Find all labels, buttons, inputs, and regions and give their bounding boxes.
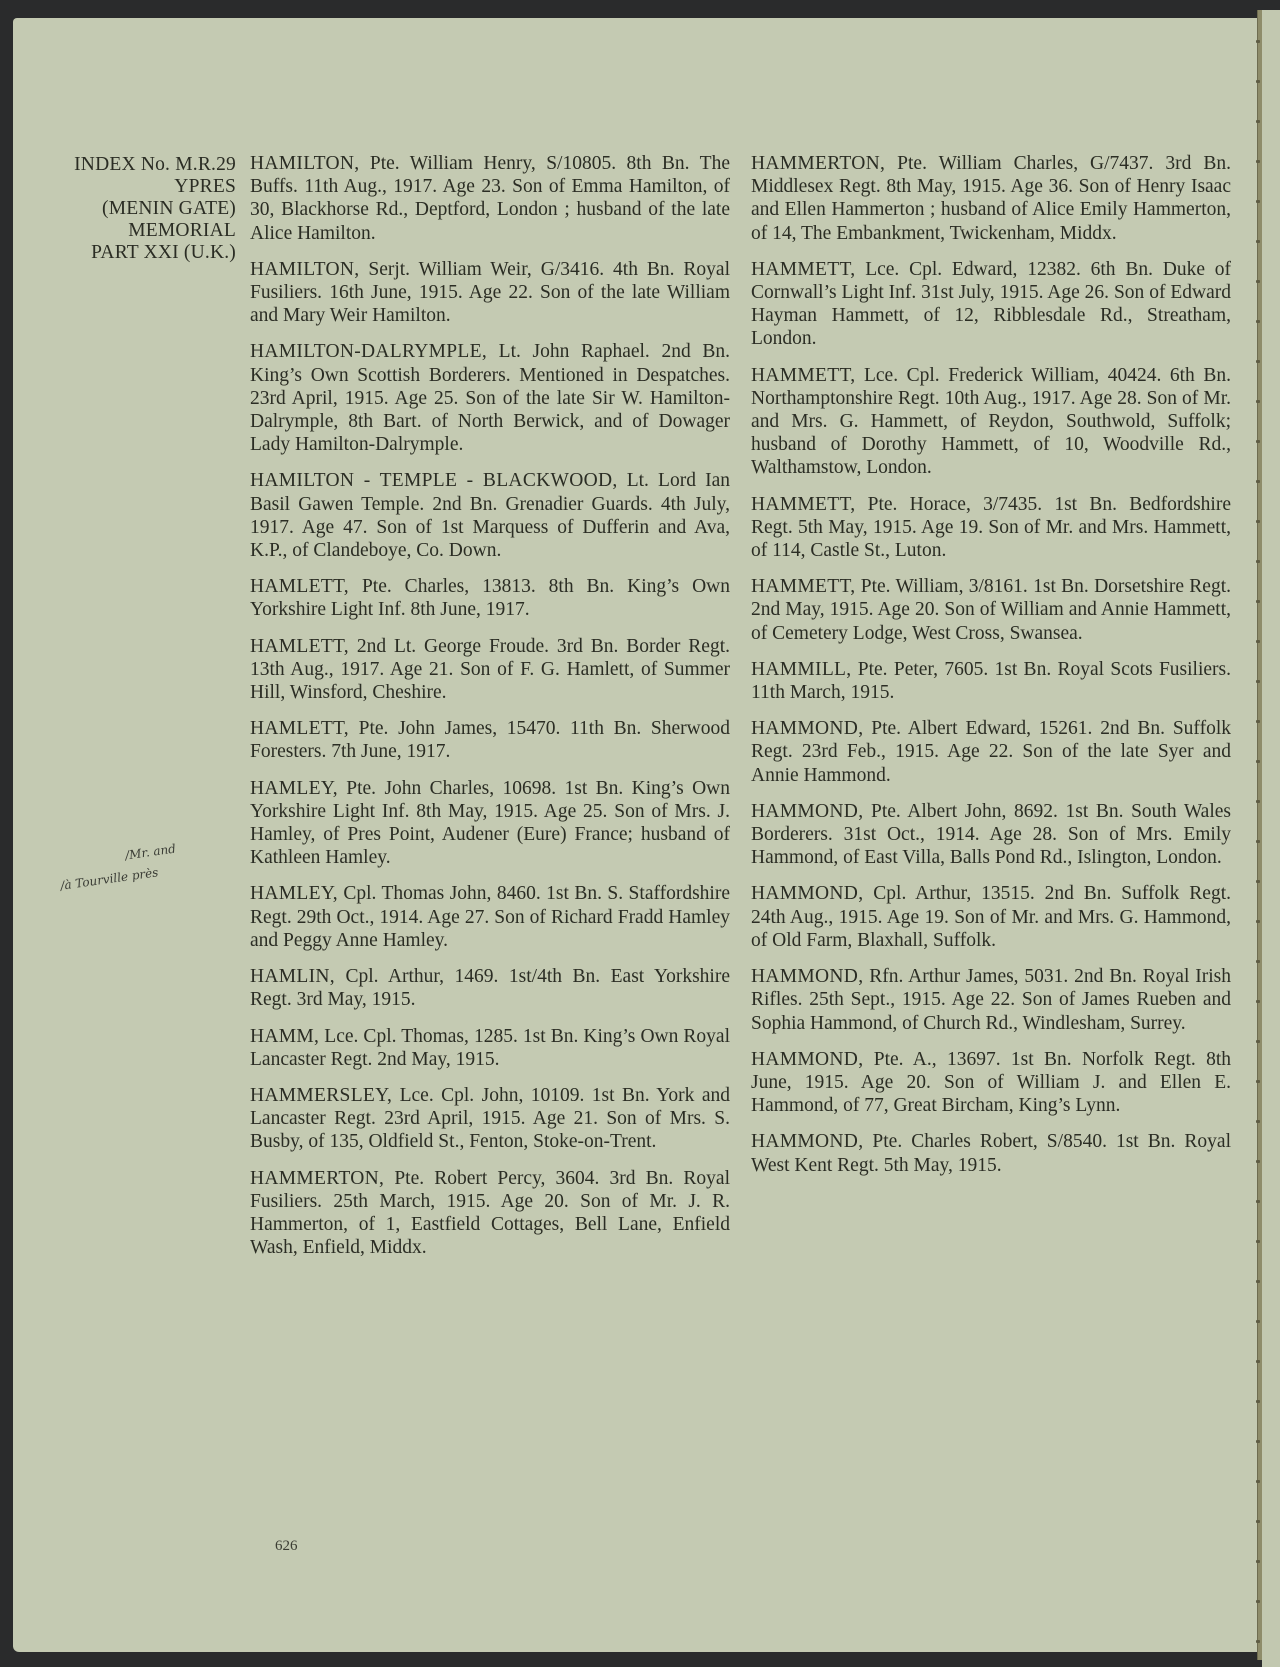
stitch-mark	[1256, 1120, 1260, 1123]
entry-surname: HAMMOND,	[751, 883, 863, 904]
casualty-entry: HAMLEY, Pte. John Charles, 10698. 1st Bn…	[250, 777, 730, 870]
stitch-mark	[1256, 80, 1260, 83]
stitch-mark	[1256, 200, 1260, 203]
entry-surname: HAMMETT,	[751, 365, 855, 386]
entry-surname: HAMM,	[250, 1026, 319, 1047]
stitch-mark	[1256, 760, 1260, 763]
casualty-entry: HAMMERSLEY, Lce. Cpl. John, 10109. 1st B…	[250, 1084, 730, 1154]
stitch-mark	[1256, 560, 1260, 563]
stitch-mark	[1256, 680, 1260, 683]
entry-surname: HAMILTON,	[250, 153, 359, 174]
stitch-mark	[1256, 960, 1260, 963]
entry-surname: HAMMERSLEY,	[250, 1085, 392, 1106]
entry-surname: HAMILTON - TEMPLE - BLACKWOOD,	[250, 470, 618, 491]
casualty-entry: HAMMOND, Pte. Charles Robert, S/8540. 1s…	[751, 1130, 1231, 1176]
entry-surname: HAMLETT,	[250, 718, 349, 739]
stitch-mark	[1256, 120, 1260, 123]
entry-surname: HAMLEY,	[250, 883, 338, 904]
casualty-entry: HAMLETT, Pte. Charles, 13813. 8th Bn. Ki…	[250, 575, 730, 621]
stitch-mark	[1256, 1440, 1260, 1443]
casualty-entry: HAMMETT, Lce. Cpl. Frederick William, 40…	[751, 364, 1231, 480]
stitch-mark	[1256, 520, 1260, 523]
entry-surname: HAMMERTON,	[751, 153, 885, 174]
stitch-mark	[1256, 160, 1260, 163]
stitch-mark	[1256, 1480, 1260, 1483]
stitch-mark	[1256, 1080, 1260, 1083]
casualty-entry: HAMMETT, Lce. Cpl. Edward, 12382. 6th Bn…	[751, 258, 1231, 351]
entry-surname: HAMILTON,	[250, 259, 359, 280]
casualty-entry: HAMMILL, Pte. Peter, 7605. 1st Bn. Royal…	[751, 658, 1231, 704]
entry-surname: HAMILTON-DALRYMPLE,	[250, 341, 487, 362]
stitch-mark	[1256, 400, 1260, 403]
stitch-mark	[1256, 1280, 1260, 1283]
entry-text: Lce. Cpl. Thomas, 1285. 1st Bn. King’s O…	[250, 1026, 730, 1070]
stitch-mark	[1256, 1160, 1260, 1163]
memorial-name: (MENIN GATE)	[30, 198, 236, 220]
entry-surname: HAMLIN,	[250, 966, 335, 987]
left-column: HAMILTON, Pte. William Henry, S/10805. 8…	[250, 152, 730, 1272]
casualty-entry: HAMMERTON, Pte. William Charles, G/7437.…	[751, 152, 1231, 245]
casualty-entry: HAMMOND, Cpl. Arthur, 13515. 2nd Bn. Suf…	[751, 882, 1231, 952]
entry-surname: HAMMILL,	[751, 659, 851, 680]
binding-edge	[1257, 10, 1262, 1660]
stitch-mark	[1256, 840, 1260, 843]
entry-surname: HAMMERTON,	[250, 1168, 384, 1189]
stitch-mark	[1256, 800, 1260, 803]
entry-surname: HAMMOND,	[751, 966, 863, 987]
casualty-entry: HAMILTON, Pte. William Henry, S/10805. 8…	[250, 152, 730, 245]
stitch-mark	[1256, 1200, 1260, 1203]
stitch-mark	[1256, 1600, 1260, 1603]
casualty-entry: HAMLEY, Cpl. Thomas John, 8460. 1st Bn. …	[250, 882, 730, 952]
stitch-mark	[1256, 1560, 1260, 1563]
casualty-entry: HAMM, Lce. Cpl. Thomas, 1285. 1st Bn. Ki…	[250, 1025, 730, 1071]
stitch-mark	[1256, 920, 1260, 923]
stitch-mark	[1256, 1640, 1260, 1643]
stitch-mark	[1256, 1320, 1260, 1323]
stitch-mark	[1256, 40, 1260, 43]
right-column: HAMMERTON, Pte. William Charles, G/7437.…	[751, 152, 1231, 1190]
casualty-entry: HAMMOND, Pte. Albert John, 8692. 1st Bn.…	[751, 800, 1231, 870]
entry-surname: HAMMOND,	[751, 1049, 863, 1070]
entry-surname: HAMLETT,	[250, 636, 349, 657]
stitch-mark	[1256, 240, 1260, 243]
casualty-entry: HAMMERTON, Pte. Robert Percy, 3604. 3rd …	[250, 1167, 730, 1260]
casualty-entry: HAMILTON - TEMPLE - BLACKWOOD, Lt. Lord …	[250, 469, 730, 562]
stitch-mark	[1256, 320, 1260, 323]
casualty-entry: HAMILTON, Serjt. William Weir, G/3416. 4…	[250, 258, 730, 328]
index-heading: INDEX No. M.R.29 YPRES (MENIN GATE) MEMO…	[30, 154, 236, 264]
stitch-mark	[1256, 720, 1260, 723]
entry-surname: HAMLETT,	[250, 576, 349, 597]
stitch-mark	[1256, 1360, 1260, 1363]
entry-surname: HAMMOND,	[751, 1131, 863, 1152]
stitch-mark	[1256, 880, 1260, 883]
casualty-entry: HAMMETT, Pte. Horace, 3/7435. 1st Bn. Be…	[751, 493, 1231, 563]
casualty-entry: HAMMOND, Pte. Albert Edward, 15261. 2nd …	[751, 717, 1231, 787]
stitch-mark	[1256, 1040, 1260, 1043]
casualty-entry: HAMLIN, Cpl. Arthur, 1469. 1st/4th Bn. E…	[250, 965, 730, 1011]
stitch-mark	[1256, 440, 1260, 443]
page-number: 626	[275, 1538, 298, 1555]
memorial-word: MEMORIAL	[30, 220, 236, 242]
stitch-mark	[1256, 600, 1260, 603]
casualty-entry: HAMILTON-DALRYMPLE, Lt. John Raphael. 2n…	[250, 340, 730, 456]
casualty-entry: HAMMOND, Pte. A., 13697. 1st Bn. Norfolk…	[751, 1048, 1231, 1118]
casualty-entry: HAMMETT, Pte. William, 3/8161. 1st Bn. D…	[751, 575, 1231, 645]
stitch-mark	[1256, 480, 1260, 483]
entry-surname: HAMMETT,	[751, 494, 855, 515]
stitch-mark	[1256, 1400, 1260, 1403]
index-number: INDEX No. M.R.29	[30, 154, 236, 176]
part-label: PART XXI (U.K.)	[30, 242, 236, 264]
stitch-mark	[1256, 1520, 1260, 1523]
stitch-mark	[1256, 1000, 1260, 1003]
entry-surname: HAMMOND,	[751, 801, 863, 822]
entry-surname: HAMLEY,	[250, 778, 338, 799]
entry-surname: HAMMETT,	[751, 259, 855, 280]
stitch-mark	[1256, 360, 1260, 363]
casualty-entry: HAMLETT, Pte. John James, 15470. 11th Bn…	[250, 717, 730, 763]
entry-surname: HAMMOND,	[751, 718, 863, 739]
casualty-entry: HAMMOND, Rfn. Arthur James, 5031. 2nd Bn…	[751, 965, 1231, 1035]
adjacent-page-edge	[1262, 10, 1280, 1667]
stitch-mark	[1256, 280, 1260, 283]
memorial-location: YPRES	[30, 176, 236, 198]
stitch-mark	[1256, 640, 1260, 643]
casualty-entry: HAMLETT, 2nd Lt. George Froude. 3rd Bn. …	[250, 635, 730, 705]
entry-surname: HAMMETT,	[751, 576, 855, 597]
stitch-mark	[1256, 1240, 1260, 1243]
